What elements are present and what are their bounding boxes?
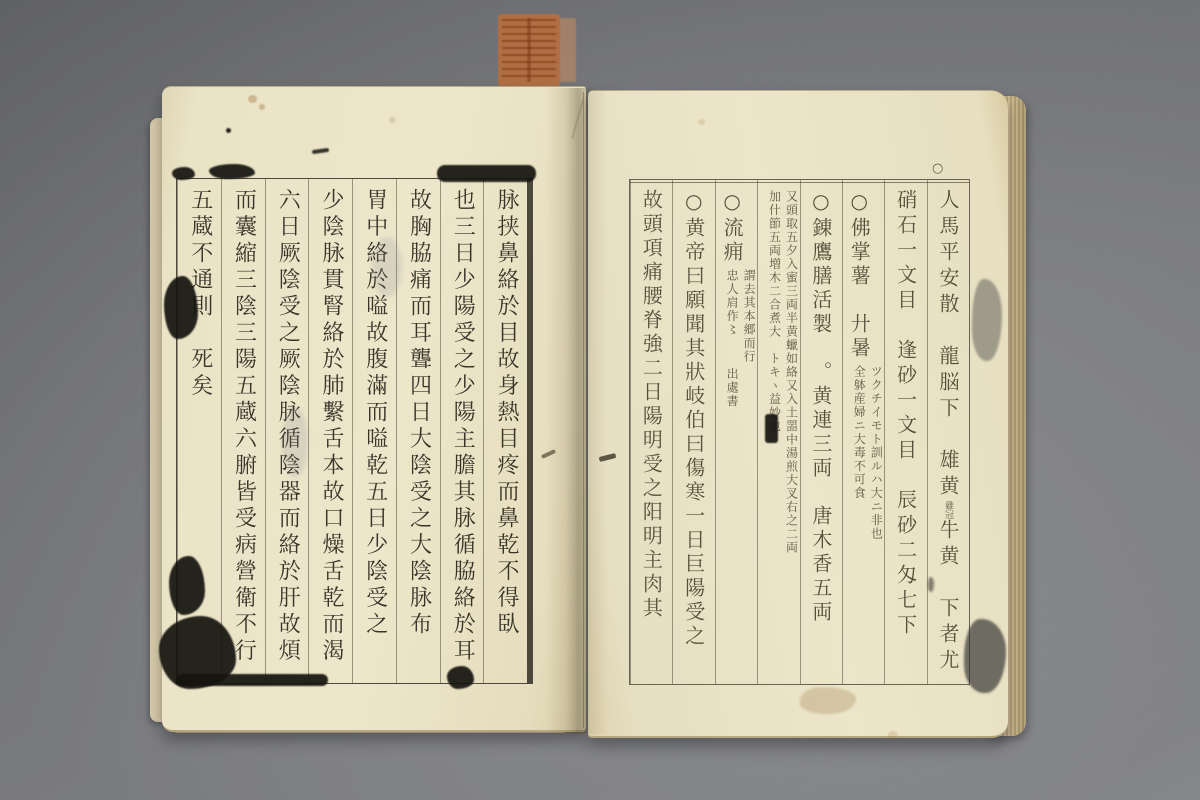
text-column: 也三日少陽受之少陽主膽其脉循脇絡於耳 [440,179,484,683]
right-page: 人馬平安散 龍脳下 雄黄雞冠牛黄 下者尤肥下者硝石一文目 逢砂一文目 辰砂二匁七… [588,90,1008,738]
book: 脉挟鼻絡於目故身熱目疼而鼻乾不得臥也三日少陽受之少陽主膽其脉循脇絡於耳故胸脇痛而… [0,0,1200,800]
text-column: 硝石一文目 逢砂一文目 辰砂二匁七下 右七味 [884,180,926,684]
text-column: ○黄帝曰願聞其狀岐伯曰傷寒一日巨陽受之 [672,180,714,684]
ink-dot [226,128,231,133]
ink-blot [447,666,474,689]
photo-background: 脉挟鼻絡於目故身熱目疼而鼻乾不得臥也三日少陽受之少陽主膽其脉循脇絡於耳故胸脇痛而… [0,0,1200,800]
text-column: 故胸脇痛而耳聾四日大陰受之大陰脉布 [396,179,440,683]
show-through-mark [282,407,308,477]
ink-blot [164,276,198,339]
ink-redaction-blot [765,414,778,443]
text-column: 而囊縮三陰三陽五蔵六腑皆受病營衛不行 [221,179,265,683]
right-text-frame: 人馬平安散 龍脳下 雄黄雞冠牛黄 下者尤肥下者硝石一文目 逢砂一文目 辰砂二匁七… [629,179,970,685]
text-column: 少陰脉貫腎絡於肺繫舌本故口燥舌乾而渴 [308,179,352,683]
left-text-frame: 脉挟鼻絡於目故身熱目疼而鼻乾不得臥也三日少陽受之少陽主膽其脉循脇絡於耳故胸脇痛而… [176,178,533,684]
show-through-mark [372,237,402,297]
double-line-annotation: ツクチイモト訓ルハ大ニ非也全躰産婦ニ大毒不可食 [850,365,884,541]
red-seal-stamp [498,14,560,86]
foxing-spot [888,731,898,739]
left-page: 脉挟鼻絡於目故身熱目疼而鼻乾不得臥也三日少陽受之少陽主膽其脉循脇絡於耳故胸脇痛而… [162,86,586,732]
edge-smudge [972,279,1002,361]
ink-blot [209,164,255,179]
fold-line [583,92,584,728]
ink-blot [172,167,195,180]
text-column: 故頭項痛腰脊強二日陽明受之阳明主肉其 [630,180,672,684]
double-line-annotation: 謂去其本郷而行忠人肩作〻 [723,269,757,364]
text-column: ○流痈謂去其本郷而行忠人肩作〻出處書 [715,180,757,684]
ink-blot [169,556,205,615]
double-line-annotation: 又頭取五夕入蜜三両半黄蠟如絡又入土噐中湯煎大叉右之二両加什節五両増木二合煮大 ト… [766,190,800,555]
brush-dash-mark [312,148,329,154]
brown-stain [800,687,856,714]
text-column: 脉挟鼻絡於目故身熱目疼而鼻乾不得臥 [483,179,527,683]
ink-blot [437,165,536,182]
text-column: 又頭取五夕入蜜三両半黄蠟如絡又入土噐中湯煎大叉右之二両加什節五両増木二合煮大 ト… [757,180,799,684]
text-column: ○佛掌薯 廾暑ツクチイモト訓ルハ大ニ非也全躰産婦ニ大毒不可食 [842,180,884,684]
foxing-spot [698,119,705,125]
text-column: ○錬鷹膳活製 。黄連三両 唐木香五両右二味以水六七合煎取三合去滓 [800,180,842,684]
ink-blot [176,674,328,686]
foxing-spot [248,95,257,103]
text-column: 人馬平安散 龍脳下 雄黄雞冠牛黄 下者尤肥下者 [927,180,969,684]
foxing-spot [389,117,396,123]
circle-mark: ○ [932,161,943,176]
foxing-spot [259,104,265,110]
edge-smudge [964,619,1006,693]
